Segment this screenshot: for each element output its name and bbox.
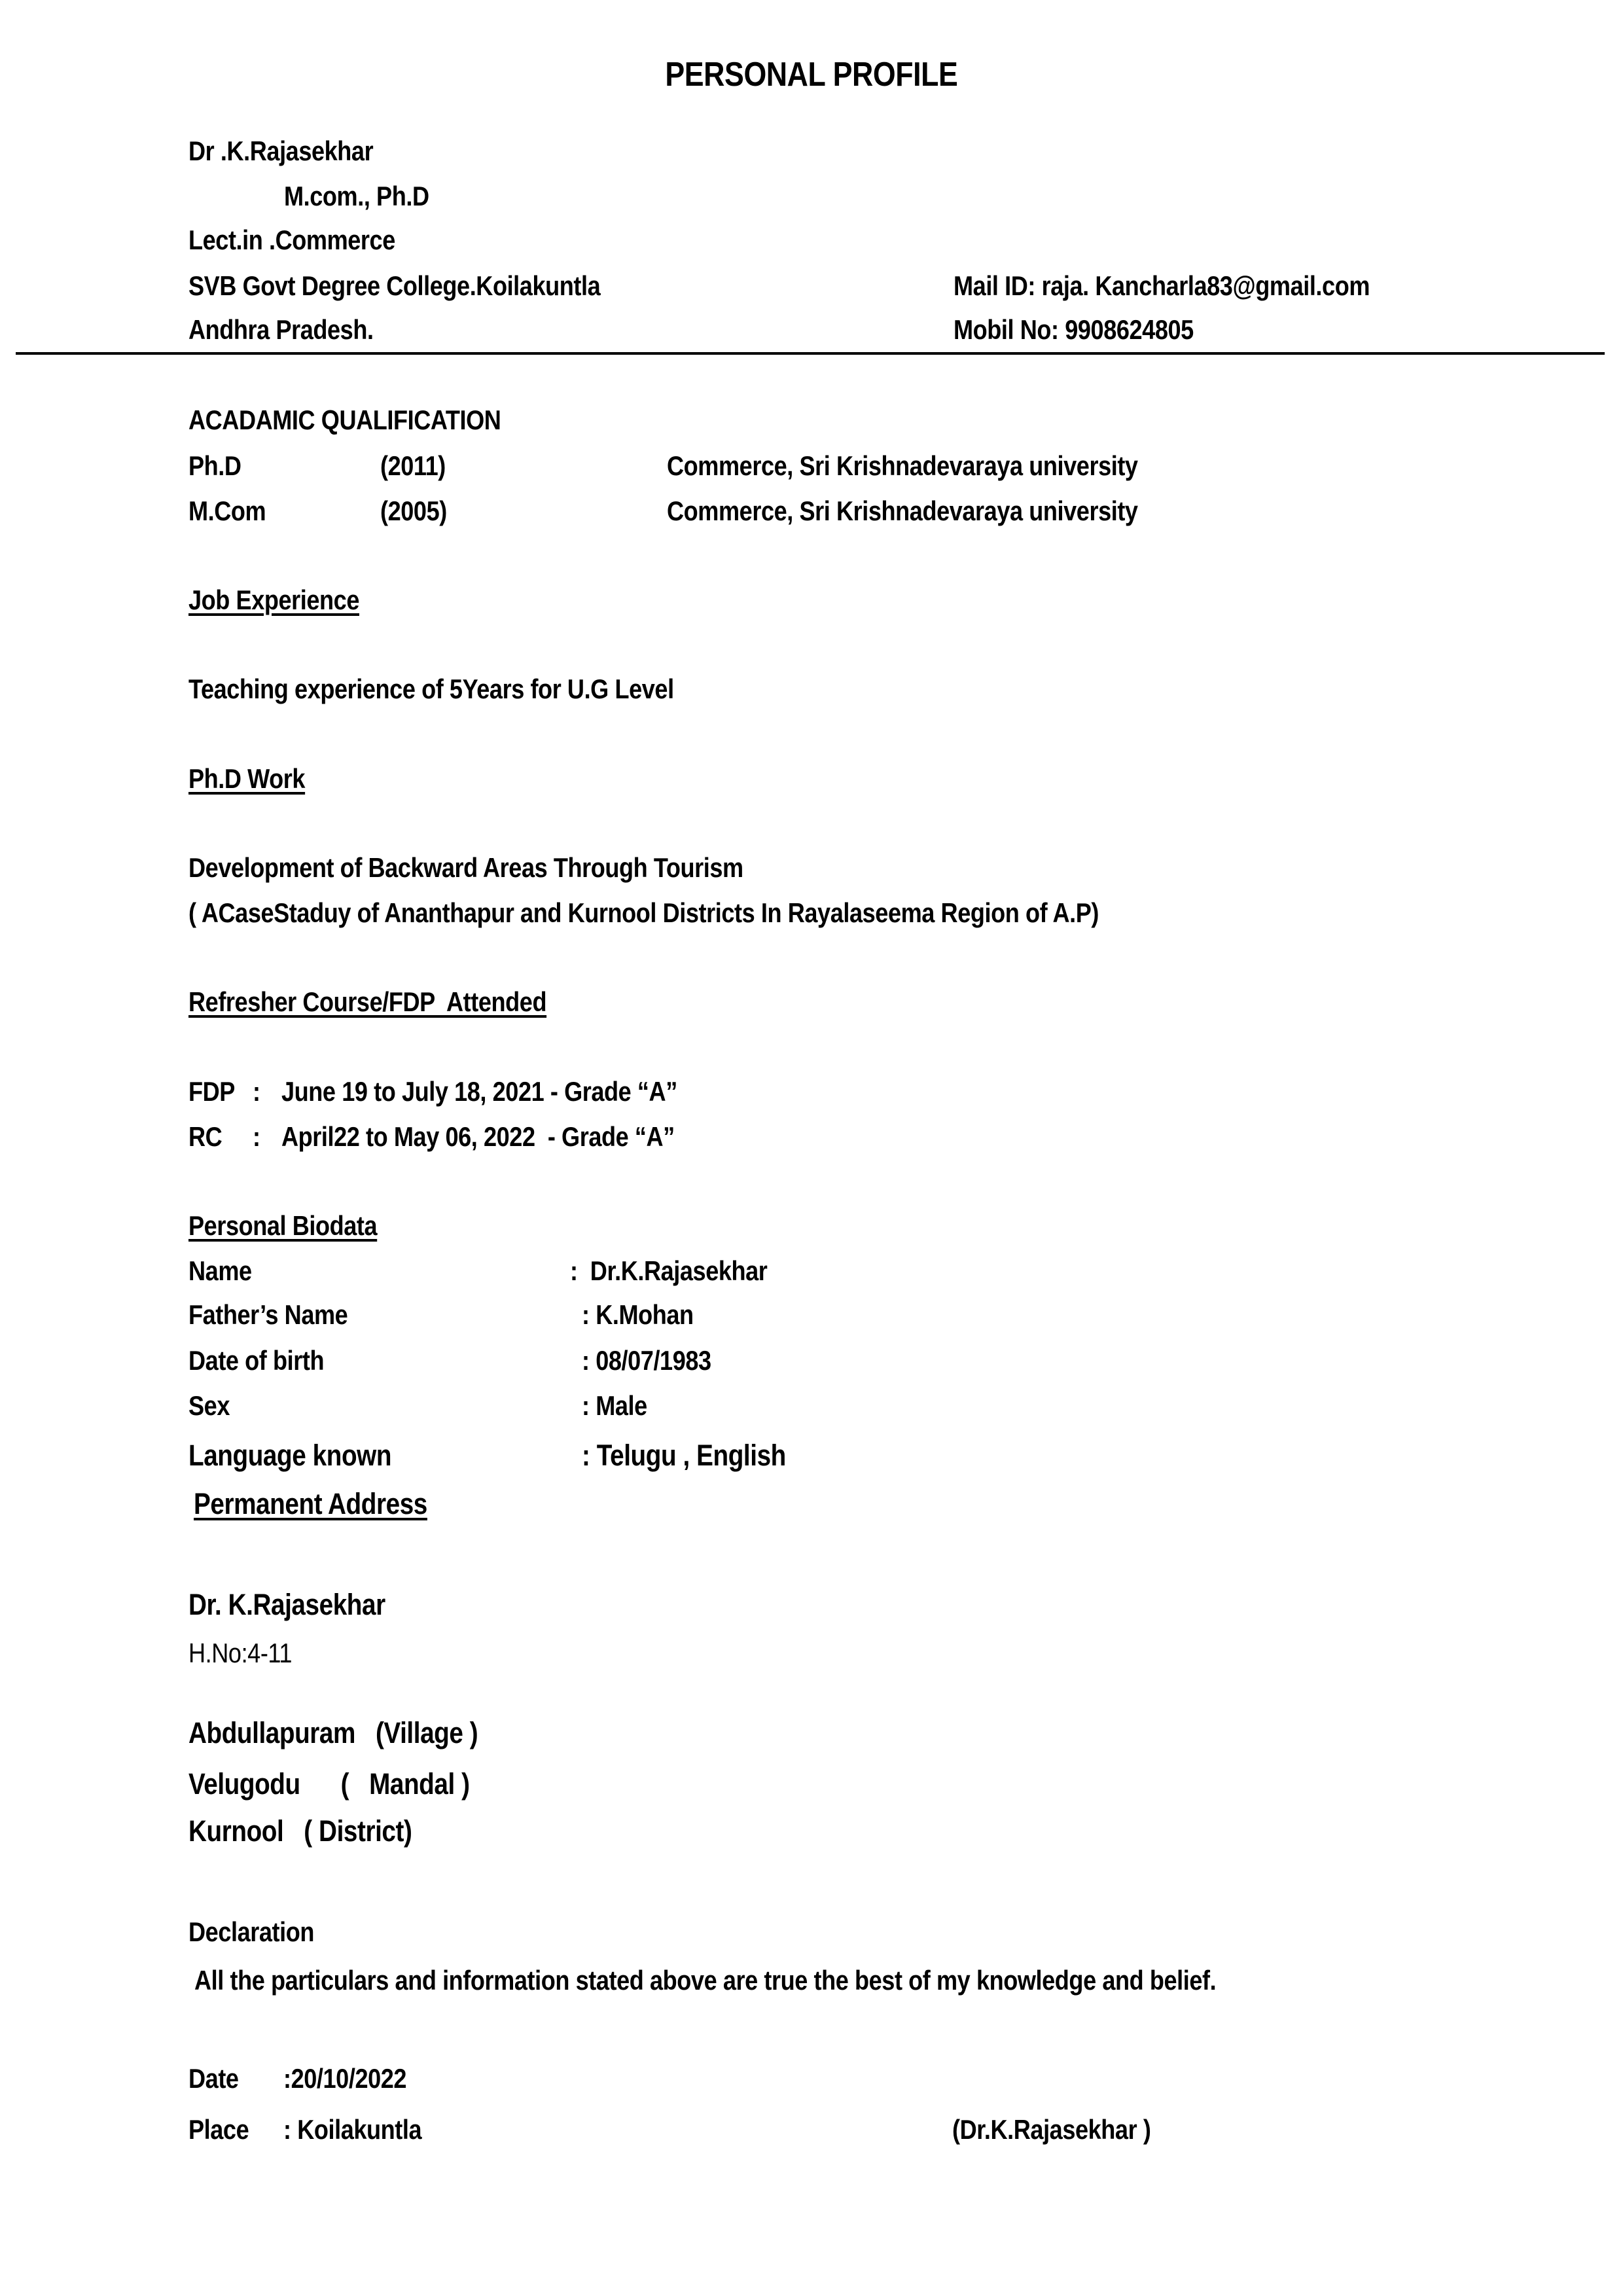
declaration-heading: Declaration — [188, 1918, 314, 1946]
biodata-label: Date of birth — [188, 1347, 324, 1374]
biodata-value: : Male — [582, 1392, 647, 1420]
biodata-value: : K.Mohan — [582, 1301, 694, 1329]
course-sep: : — [253, 1078, 260, 1105]
biodata-value: : Telugu , English — [582, 1441, 786, 1470]
date-value: :20/10/2022 — [283, 2065, 406, 2092]
job-text: Teaching experience of 5Years for U.G Le… — [188, 675, 674, 703]
address-village: Abdullapuram (Village ) — [188, 1718, 478, 1748]
address-name: Dr. K.Rajasekhar — [188, 1590, 385, 1619]
biodata-label: Father’s Name — [188, 1301, 348, 1329]
academic-year: (2011) — [380, 452, 446, 480]
biodata-label: Sex — [188, 1392, 230, 1420]
header-divider — [16, 352, 1605, 355]
date-label: Date — [188, 2065, 239, 2092]
address-mandal: Velugodu ( Mandal ) — [188, 1769, 470, 1799]
place-label: Place — [188, 2116, 249, 2144]
header-college: SVB Govt Degree College.Koilakuntla — [188, 272, 600, 300]
biodata-value: : 08/07/1983 — [582, 1347, 711, 1374]
address-district: Kurnool ( District) — [188, 1816, 412, 1846]
course-value: June 19 to July 18, 2021 - Grade “A” — [281, 1078, 677, 1105]
biodata-heading: Personal Biodata — [188, 1212, 377, 1240]
header-degrees: M.com., Ph.D — [284, 183, 429, 210]
phd-heading: Ph.D Work — [188, 765, 305, 793]
page-title-text: PERSONAL PROFILE — [665, 58, 957, 92]
academic-details: Commerce, Sri Krishnadevaraya university — [667, 497, 1138, 525]
phd-subtitle: ( ACaseStaduy of Ananthapur and Kurnool … — [188, 899, 1099, 927]
academic-details: Commerce, Sri Krishnadevaraya university — [667, 452, 1138, 480]
header-mail: Mail ID: raja. Kancharla83@gmail.com — [954, 272, 1370, 300]
header-state: Andhra Pradesh. — [188, 316, 374, 344]
academic-heading: ACADAMIC QUALIFICATION — [188, 406, 501, 434]
place-value: : Koilakuntla — [283, 2116, 421, 2144]
header-mobile: Mobil No: 9908624805 — [954, 316, 1194, 344]
phd-title: Development of Backward Areas Through To… — [188, 854, 743, 882]
signature: (Dr.K.Rajasekhar ) — [952, 2116, 1150, 2144]
address-house: H.No:4-11 — [188, 1640, 292, 1667]
biodata-label: Language known — [188, 1441, 391, 1470]
header-position: Lect.in .Commerce — [188, 226, 395, 254]
academic-degree: M.Com — [188, 497, 266, 525]
declaration-text: All the particulars and information stat… — [194, 1967, 1216, 1994]
address-heading: Permanent Address — [194, 1489, 427, 1518]
academic-degree: Ph.D — [188, 452, 241, 480]
course-label: FDP — [188, 1078, 235, 1105]
course-sep: : — [253, 1123, 260, 1151]
biodata-label: Name — [188, 1257, 252, 1285]
job-heading: Job Experience — [188, 586, 359, 614]
header-name: Dr .K.Rajasekhar — [188, 137, 373, 165]
course-value: April22 to May 06, 2022 - Grade “A” — [281, 1123, 675, 1151]
courses-heading: Refresher Course/FDP Attended — [188, 988, 546, 1016]
course-label: RC — [188, 1123, 222, 1151]
academic-year: (2005) — [380, 497, 447, 525]
page-title: PERSONAL PROFILE — [0, 58, 1623, 92]
biodata-value: : Dr.K.Rajasekhar — [570, 1257, 767, 1285]
